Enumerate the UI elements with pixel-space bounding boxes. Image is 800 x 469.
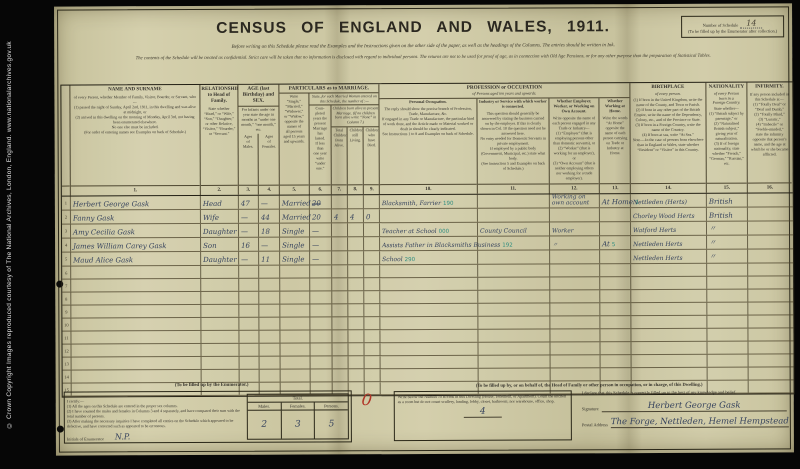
cell-num: 11 (62, 332, 71, 344)
cell-years: — (310, 251, 332, 264)
col-row-number (61, 86, 70, 196)
cell-nationality: British (707, 194, 748, 207)
cell-industry (478, 236, 550, 249)
occupation-code: 190 (443, 201, 454, 207)
postal-address-value: The Forge, Nettleden, Hemel Hempstead (611, 416, 789, 428)
cell-relationship: Daughter (201, 224, 239, 237)
cell-birthplace (631, 303, 707, 315)
census-form-paper: Number of Schedule 14 (To be filled up b… (54, 3, 794, 455)
cell-age-m (239, 305, 259, 317)
rooms-instructions: Write below the Number of Rooms in this … (398, 393, 566, 404)
cell-employer (550, 277, 600, 289)
instructions-line2: The contents of the Schedule will be tre… (66, 53, 780, 62)
cell-industry (478, 342, 550, 354)
cell-died (364, 278, 380, 290)
cell-at-home (600, 290, 631, 302)
col-infirmity: INFIRMITY. If any person included in thi… (747, 82, 791, 192)
cell-died (364, 265, 380, 277)
postal-address-label: Postal Address (582, 422, 608, 428)
cell-infirmity (748, 341, 792, 353)
cell-industry (478, 316, 550, 328)
cell-age-f: 18 (259, 224, 280, 237)
cell-occupation (380, 304, 478, 316)
cell-age-m (240, 357, 260, 369)
cell-relationship: Wife (201, 210, 239, 223)
cell-died (365, 356, 381, 368)
cell-living (348, 265, 364, 277)
cell-died (364, 251, 380, 264)
cell-infirmity (748, 289, 792, 301)
cell-name: Amy Cecilia Gask (71, 224, 201, 238)
cell-industry (478, 329, 550, 341)
cell-occupation (381, 369, 479, 381)
cell-nationality (707, 342, 748, 354)
cell-relationship (202, 357, 240, 369)
cell-nationality (708, 368, 749, 380)
cell-condition: Married (280, 195, 310, 208)
cell-num: 5 (62, 253, 71, 266)
cell-industry: County Council (478, 222, 550, 235)
cell-infirmity (749, 367, 793, 379)
cell-name: James William Carey Gask (71, 238, 201, 252)
cell-age-m (239, 292, 259, 304)
cell-died (364, 330, 380, 342)
col-industry: Industry or Service with which worker is… (477, 99, 549, 194)
cell-age-m: 47 (239, 196, 259, 209)
cell-relationship (202, 370, 240, 382)
cell-years: 20 (310, 195, 332, 208)
rooms-box: Write below the Number of Rooms in this … (394, 390, 572, 441)
cell-years (310, 304, 332, 316)
cell-nationality: 〃 (707, 250, 748, 263)
cell-age-m (239, 318, 259, 330)
cell-occupation (380, 209, 478, 222)
cell-born (333, 356, 349, 368)
cell-born: 4 (332, 209, 348, 222)
cell-occupation (380, 291, 478, 303)
col-employer-worker: Whether Employer, Worker, or Working on … (549, 99, 599, 194)
cell-condition: Single (280, 223, 310, 236)
cell-relationship: Daughter (201, 252, 239, 265)
cell-at-home (601, 355, 632, 367)
cell-name: Maud Alice Gask (71, 252, 201, 266)
cell-died (364, 304, 380, 316)
cell-living (348, 317, 364, 329)
cell-condition: Married (280, 209, 310, 222)
cell-age-m (239, 266, 259, 278)
cell-born (332, 304, 348, 316)
cell-infirmity (748, 193, 792, 206)
cell-birthplace (631, 342, 707, 354)
cell-died: 0 (364, 209, 380, 222)
bottom-section: (To be filled up by the Enumerator.) I c… (62, 380, 793, 451)
cell-employer (550, 250, 600, 263)
cell-birthplace (632, 368, 708, 380)
cell-age-m (240, 370, 260, 382)
cell-relationship: Son (201, 238, 239, 251)
cell-age-m (239, 331, 259, 343)
copyright-text: © Crown Copyright Images reproduced cour… (6, 41, 13, 428)
cell-born (332, 195, 348, 208)
cell-years (310, 265, 332, 277)
cell-num: 8 (62, 293, 71, 305)
enumerator-certification: I certify:— (1) All the ages on this Sch… (67, 394, 244, 441)
col-children-born: Total Children Born Alive. 7. (332, 127, 348, 195)
cell-condition (280, 343, 310, 355)
col-group-married-women: State, for each Married Woman entered on… (309, 93, 379, 194)
cell-infirmity (748, 263, 792, 275)
totals-males-value: 2 (261, 420, 267, 430)
cell-industry (478, 208, 550, 221)
col-nationality: NATIONALITY of every Person born in a Fo… (706, 83, 747, 193)
cell-condition (280, 330, 310, 342)
cell-nationality (707, 303, 748, 315)
cell-employer (550, 316, 600, 328)
cell-years (311, 369, 333, 381)
cell-nationality (707, 264, 748, 276)
cell-age-f (259, 279, 280, 291)
cell-num: 12 (62, 345, 71, 357)
cell-occupation: Blacksmith, Farrier190 (380, 195, 478, 208)
cell-relationship (201, 279, 239, 291)
cell-nationality (707, 290, 748, 302)
cell-occupation (381, 356, 479, 368)
totals-females-value: 3 (295, 420, 301, 430)
cell-num: 1 (62, 197, 71, 210)
cell-nationality: 〃 (707, 222, 748, 235)
totals-persons-value: 5 (329, 419, 335, 429)
enumerator-red-mark: 0 (361, 390, 374, 410)
cell-infirmity (749, 354, 793, 366)
cell-name (71, 279, 201, 292)
cell-birthplace (631, 277, 707, 289)
cell-employer: 〃 (550, 236, 600, 249)
census-table: NAME AND SURNAME of every Person, whethe… (60, 81, 794, 397)
schedule-number-box: Number of Schedule 14 (To be filled up b… (681, 15, 784, 37)
enumerator-box: I certify:— (1) All the ages on this Sch… (64, 390, 352, 443)
col-age-females: Ages of Females. 4. (259, 133, 280, 194)
cell-at-home (600, 303, 631, 315)
col-children-living: Children still Living. 8. (348, 127, 364, 195)
cell-at-home (600, 264, 631, 276)
totals-females-label: Females. (281, 402, 315, 410)
cell-industry (479, 355, 551, 367)
cell-condition: Single (280, 251, 310, 264)
cell-name (71, 344, 201, 357)
cell-employer (550, 342, 600, 354)
cell-living (348, 291, 364, 303)
cell-infirmity (748, 249, 792, 262)
cell-num: 10 (62, 319, 71, 331)
cell-years (310, 343, 332, 355)
cell-birthplace (631, 290, 707, 302)
cell-nationality: British (707, 208, 748, 221)
cell-num: 9 (62, 306, 71, 318)
cell-living (348, 237, 364, 250)
cell-age-m (239, 344, 259, 356)
cell-occupation (380, 330, 478, 342)
col-marital-condition: Write “Single,” “Married,” “Widower,” or… (279, 94, 309, 195)
cell-name (72, 370, 202, 383)
cell-occupation (380, 317, 478, 329)
cell-age-m: — (239, 252, 259, 265)
cell-relationship (201, 305, 239, 317)
instructions-line1: Before writing on this Schedule please r… (84, 43, 762, 51)
cell-nationality (708, 355, 749, 367)
cell-condition (281, 356, 311, 368)
cell-died (365, 369, 381, 381)
cell-age-m (239, 279, 259, 291)
cell-name (71, 331, 201, 344)
col-relationship: RELATIONSHIP to Head of Family. State wh… (200, 85, 238, 195)
cell-name (71, 292, 201, 305)
col-age-males: Ages of Males. 3. (239, 133, 259, 194)
cell-living (348, 278, 364, 290)
cell-name: Fanny Gask (71, 210, 201, 224)
schedule-number-value: 14 (740, 19, 762, 29)
cell-condition (280, 291, 310, 303)
cell-age-f (259, 292, 280, 304)
cell-living (348, 223, 364, 236)
cell-infirmity (748, 302, 792, 314)
cell-born (332, 223, 348, 236)
declaration-text: I declare that this Schedule is correctl… (582, 390, 737, 396)
cell-condition (280, 304, 310, 316)
cell-age-f: — (259, 196, 280, 209)
cell-died (364, 237, 380, 250)
cell-age-f (259, 318, 280, 330)
cell-born (332, 317, 348, 329)
cell-relationship (201, 331, 239, 343)
cell-relationship: Head (201, 196, 239, 209)
col-group-age: AGE (last Birthday) and SEX. For Infants… (238, 85, 279, 195)
cell-at-home (600, 222, 631, 235)
col-birthplace: BIRTHPLACE of every person. (1) If born … (630, 83, 706, 193)
cell-birthplace (631, 329, 707, 341)
cell-birthplace: Chorley Wood Herts (631, 208, 707, 221)
cell-at-home (601, 368, 632, 380)
cell-age-m: — (239, 224, 259, 237)
cell-at-home (600, 277, 631, 289)
cell-age-f (259, 305, 280, 317)
cell-num: 4 (62, 239, 71, 252)
cell-years: 20 (310, 209, 332, 222)
cell-at-home (600, 316, 631, 328)
cell-condition (280, 278, 310, 290)
cell-died (364, 317, 380, 329)
cell-living (348, 251, 364, 264)
cell-died (364, 195, 380, 208)
cell-born (333, 369, 349, 381)
cell-birthplace (631, 316, 707, 328)
cell-nationality: 〃 (707, 236, 748, 249)
cell-num: 2 (62, 211, 71, 224)
occupation-code: 000 (439, 229, 450, 235)
cell-employer (550, 290, 600, 302)
cell-industry (478, 250, 550, 263)
cell-employer (550, 264, 600, 276)
cell-num: 14 (63, 371, 72, 383)
schedule-number-note: (To be filled up by the Enumerator after… (685, 28, 780, 34)
cell-at-home: At5 (600, 236, 631, 249)
cell-num: 13 (63, 358, 72, 370)
cell-name (71, 305, 201, 318)
cell-birthplace: Nettleden (Herts) (631, 194, 707, 207)
cell-condition: Single (280, 237, 310, 250)
occupation-code: 5 (612, 242, 616, 248)
cell-born (332, 265, 348, 277)
initials-label: Initials of Enumerator (67, 436, 104, 440)
cell-age-f: 44 (259, 210, 280, 223)
cell-occupation (380, 265, 478, 277)
cell-years: — (310, 237, 332, 250)
cell-occupation (380, 343, 478, 355)
col-group-children: Children born alive to present Marriage.… (331, 106, 379, 195)
cell-nationality (707, 277, 748, 289)
cell-years (311, 356, 333, 368)
census-scan-page: © Crown Copyright Images reproduced cour… (0, 0, 800, 469)
cell-birthplace (632, 355, 708, 367)
cell-employer: Working on own account (550, 194, 600, 207)
cell-name (72, 357, 202, 370)
cell-years (310, 317, 332, 329)
cell-died (364, 223, 380, 236)
cell-at-home (600, 342, 631, 354)
cell-born (332, 291, 348, 303)
cell-age-f (259, 331, 280, 343)
cell-born (332, 343, 348, 355)
col-group-profession: PROFESSION or OCCUPATION of Persons aged… (379, 83, 630, 194)
form-title: CENSUS OF ENGLAND AND WALES, 1911. (164, 18, 662, 38)
cell-industry (478, 277, 550, 289)
cell-industry (478, 290, 550, 302)
cell-birthplace: Watford Herts (631, 222, 707, 235)
signature-value: Herbert George Gask (602, 400, 787, 412)
cell-nationality (707, 329, 748, 341)
cell-age-f: 11 (259, 252, 280, 265)
signature-label: Signature (582, 406, 599, 412)
cell-employer: Worker (550, 222, 600, 235)
cell-infirmity (748, 235, 792, 248)
cell-age-m: 16 (239, 238, 259, 251)
cell-condition (280, 317, 310, 329)
cell-at-home (600, 329, 631, 341)
col-name: NAME AND SURNAME of every Person, whethe… (70, 85, 200, 196)
cell-infirmity (748, 315, 792, 327)
cell-occupation: Assists Father in Blacksmiths Business19… (380, 237, 478, 250)
cell-infirmity (748, 207, 792, 220)
cell-name (71, 266, 201, 279)
cell-nationality (707, 316, 748, 328)
totals-persons-label: Persons. (315, 402, 348, 410)
cell-age-m: — (239, 210, 259, 223)
col-working-at-home: Whether Working at Home. Write the words… (599, 99, 630, 194)
cell-name (71, 318, 201, 331)
cell-occupation: Teacher at School000 (380, 223, 478, 236)
cell-industry (478, 264, 550, 276)
cell-age-f: — (259, 238, 280, 251)
cell-living (349, 369, 365, 381)
cell-years (310, 291, 332, 303)
cell-industry (478, 303, 550, 315)
cell-years (310, 330, 332, 342)
cell-condition (281, 369, 311, 381)
rooms-value: 4 (464, 407, 502, 418)
cell-born (332, 237, 348, 250)
cell-living (348, 195, 364, 208)
cell-employer (550, 329, 600, 341)
cell-relationship (201, 266, 239, 278)
col-group-marriage: PARTICULARS as to MARRIAGE. Write “Singl… (279, 84, 379, 194)
cell-at-home (600, 208, 631, 221)
occupation-code: 290 (405, 257, 416, 263)
cell-age-f (259, 266, 280, 278)
cell-infirmity (748, 221, 792, 234)
cell-num: 7 (62, 280, 71, 292)
cell-age-f (260, 357, 281, 369)
cell-years: — (310, 223, 332, 236)
copyright-strip: © Crown Copyright Images reproduced cour… (0, 0, 18, 469)
cell-born (332, 278, 348, 290)
cell-relationship (201, 318, 239, 330)
cell-living: 4 (348, 209, 364, 222)
cell-died (364, 291, 380, 303)
cell-living (348, 330, 364, 342)
household-heading: (To be filled up by, or on behalf of, th… (392, 381, 787, 388)
cell-died (364, 343, 380, 355)
cell-at-home: At Home3 (600, 194, 631, 207)
cell-employer (551, 368, 601, 380)
cell-relationship (201, 292, 239, 304)
cell-age-f (259, 344, 280, 356)
cell-living (348, 343, 364, 355)
cell-at-home (600, 250, 631, 263)
cell-occupation (380, 278, 478, 290)
cell-employer (550, 208, 600, 221)
census-rows: 1Herbert George GaskHead47—Married20Blac… (62, 193, 794, 396)
table-header: NAME AND SURNAME of every Person, whethe… (61, 82, 792, 196)
cell-occupation: School290 (380, 251, 478, 264)
cell-industry (479, 368, 551, 380)
cell-living (349, 356, 365, 368)
cell-industry (478, 194, 550, 207)
totals-males-label: Males. (248, 403, 282, 411)
cell-age-f (260, 370, 281, 382)
cell-birthplace: Nettleden Herts (631, 236, 707, 249)
col-years-married: Com- pleted years the present Marriage h… (309, 106, 331, 195)
col-children-died: Children who have Died. 9. (364, 127, 380, 195)
cell-living (348, 304, 364, 316)
cell-name: Herbert George Gask (71, 196, 201, 210)
cell-years (310, 278, 332, 290)
enumerator-heading: (To be filled up by the Enumerator.) (92, 382, 332, 388)
enumerator-initials: N.P. (107, 432, 138, 441)
cell-born (332, 251, 348, 264)
cell-birthplace: Nettleden Herts (631, 250, 707, 263)
cell-employer (550, 303, 600, 315)
declaration-area: I declare that this Schedule is correctl… (582, 389, 787, 442)
cell-infirmity (748, 276, 792, 288)
cell-relationship (201, 344, 239, 356)
totals-table: Total. Males. Females. Persons. 2 3 5 (247, 393, 349, 439)
cell-employer (551, 355, 601, 367)
cell-condition (280, 265, 310, 277)
cell-num: 6 (62, 267, 71, 279)
cell-birthplace (631, 264, 707, 276)
cell-born (332, 330, 348, 342)
cell-infirmity (748, 328, 792, 340)
col-personal-occupation: Personal Occupation. The reply should sh… (379, 99, 477, 194)
